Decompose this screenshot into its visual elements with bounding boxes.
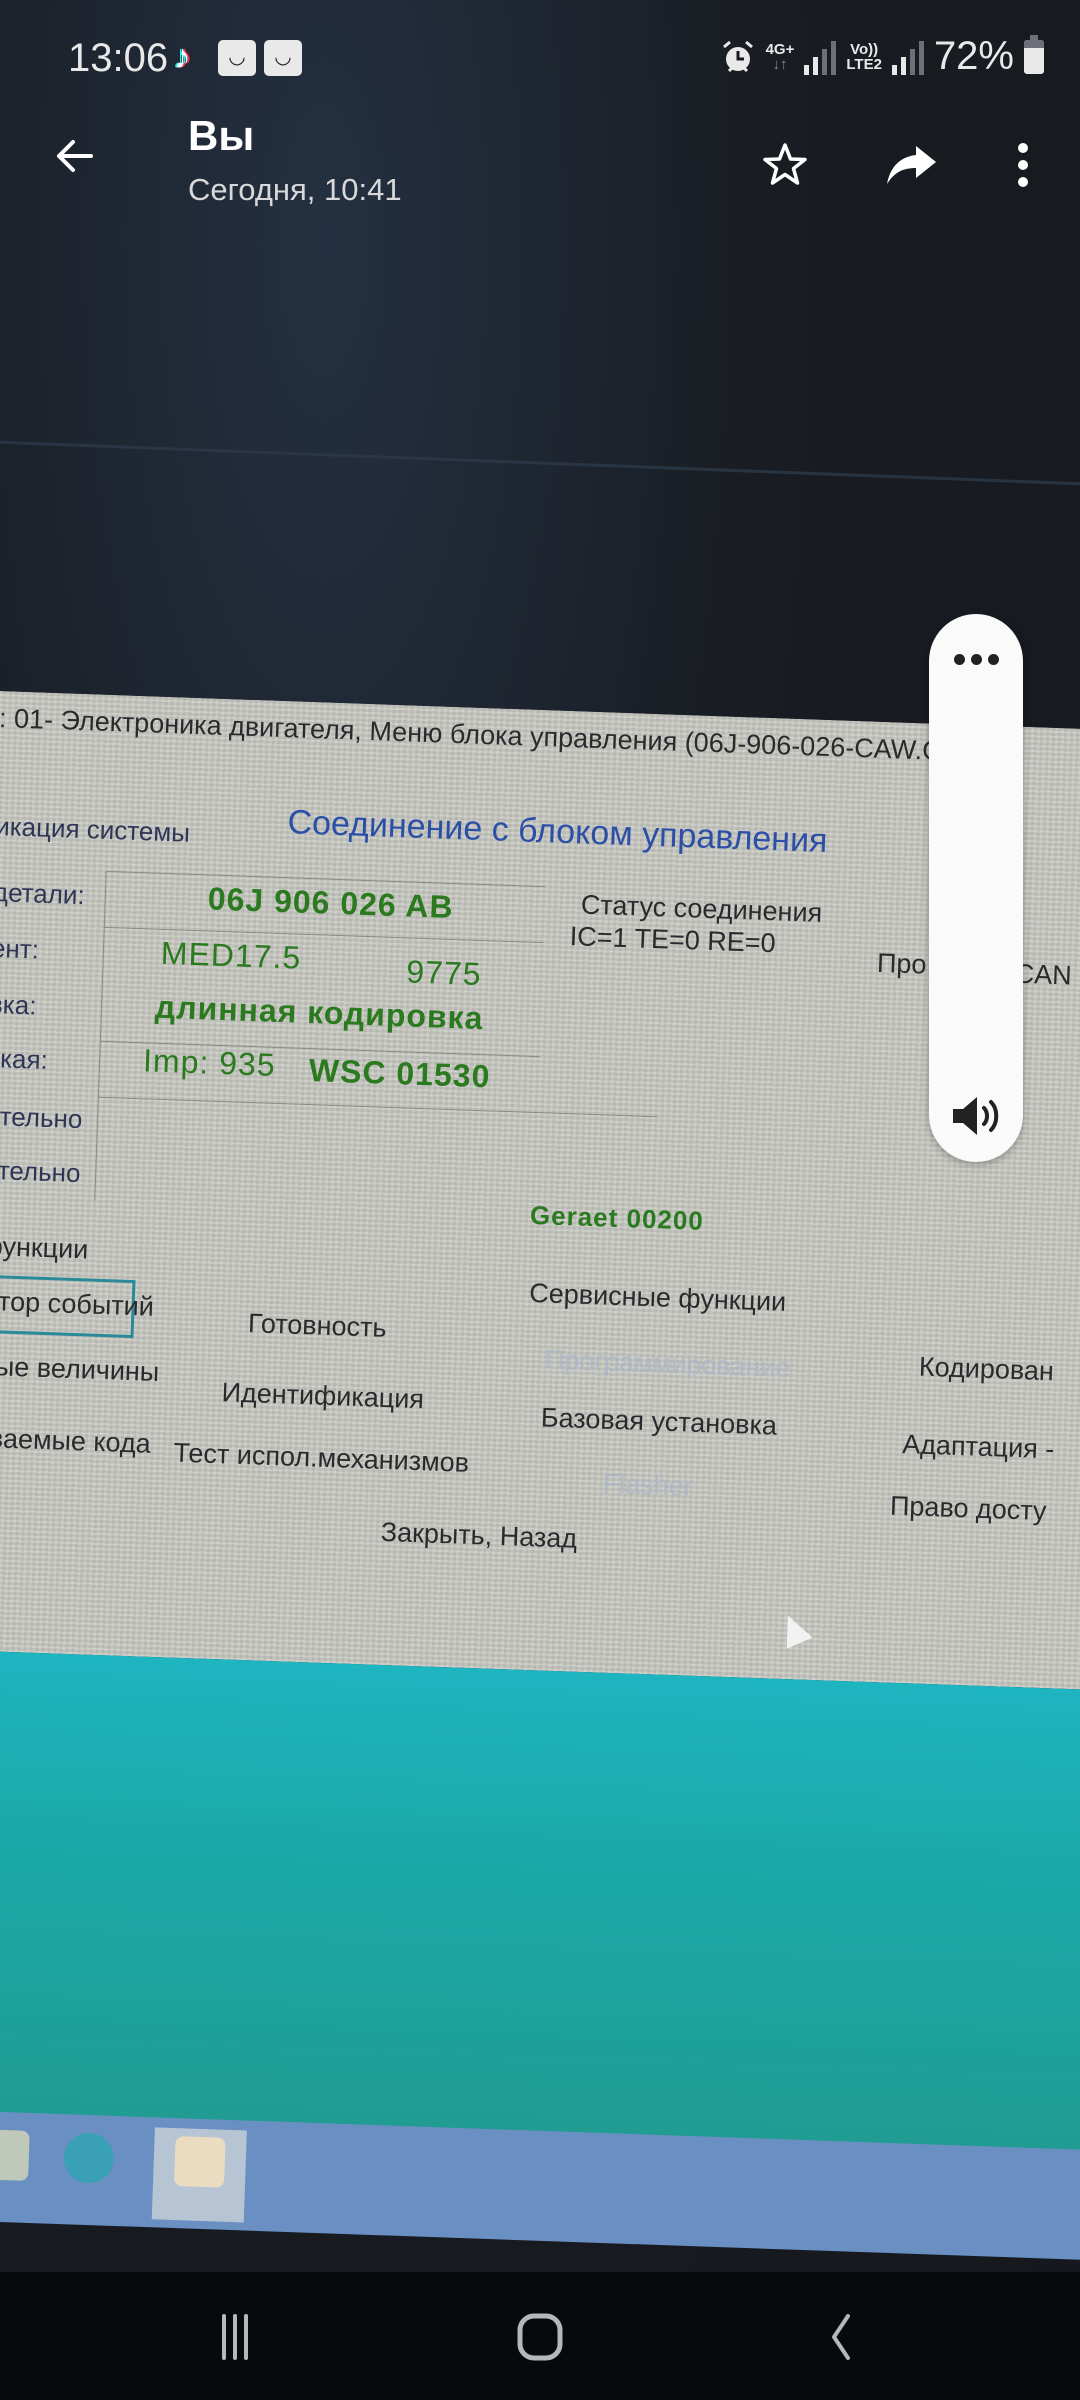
monitor-bezel-edge: [0, 440, 1080, 487]
volte-label: Vo)): [846, 42, 882, 57]
field-border: [98, 1097, 658, 1118]
message-viewer-toolbar: Вы Сегодня, 10:41: [0, 110, 1080, 235]
workshop-label: ская:: [0, 1043, 48, 1076]
share-icon: [884, 140, 938, 190]
status-bar: 13:06 ♪ ◡ ◡ 4G+ ↓↑ Vo)) LTE2 72%: [0, 0, 1080, 120]
network-type-label: 4G+: [766, 42, 795, 57]
programming-button-disabled: Программирование: [544, 1344, 791, 1384]
measured-values-button[interactable]: мые величины: [0, 1351, 160, 1388]
battery-percent: 72%: [934, 34, 1014, 79]
access-rights-button[interactable]: Право досту: [890, 1491, 1047, 1527]
volume-slider[interactable]: [929, 694, 1023, 1074]
connection-status-value: IC=1 TE=0 RE=0: [569, 921, 776, 959]
edge-browser-icon[interactable]: [63, 2132, 115, 2184]
system-identification-label: икация системы: [0, 811, 190, 849]
identification-button[interactable]: Идентификация: [221, 1377, 424, 1415]
more-vert-icon: [1013, 140, 1033, 190]
more-horiz-icon[interactable]: [929, 640, 1023, 680]
part-number-label: детали:: [0, 877, 85, 911]
component-value: MED17.5: [160, 935, 302, 977]
back-nav-button[interactable]: [796, 2302, 886, 2372]
signal-strength-2-icon: [892, 39, 924, 75]
app-notification-icon: ◡: [264, 40, 302, 76]
actuator-test-button[interactable]: Тест испол.механизмов: [173, 1438, 470, 1479]
home-icon: [494, 2302, 584, 2372]
connection-header: Соединение с блоком управления: [287, 803, 828, 861]
service-functions-label: Сервисные функции: [529, 1278, 787, 1318]
device-code: Geraet 00200: [529, 1200, 704, 1237]
component-label: ент:: [0, 933, 39, 966]
back-icon: [796, 2302, 886, 2372]
component-code: 9775: [406, 953, 482, 993]
battery-icon: [1024, 40, 1044, 74]
navigation-bar: [0, 2272, 1080, 2400]
photographed-monitor-screen: : 01- Электроника двигателя, Меню блока …: [0, 690, 1080, 2311]
readiness-button[interactable]: Готовность: [248, 1308, 388, 1344]
event-log-button[interactable]: атор событий: [0, 1274, 136, 1338]
signal-strength-1-icon: [804, 39, 836, 75]
flasher-button-disabled: Flasher: [602, 1469, 693, 1503]
volume-panel[interactable]: [929, 614, 1023, 1162]
share-button[interactable]: [876, 130, 946, 200]
diagnostic-window: : 01- Электроника двигателя, Меню блока …: [0, 690, 1080, 1691]
volume-icon[interactable]: [951, 1094, 1003, 1138]
wsc-value: WSC 01530: [308, 1052, 491, 1095]
event-log-label: атор событий: [0, 1286, 154, 1323]
diagnostic-app-icon[interactable]: [174, 2136, 226, 2188]
arrow-back-icon: [51, 132, 99, 180]
importer-value: Imp: 935: [143, 1042, 277, 1084]
window-title: : 01- Электроника двигателя, Меню блока …: [0, 703, 957, 767]
file-explorer-icon[interactable]: [0, 2129, 30, 2181]
star-icon: [760, 140, 810, 190]
message-timestamp: Сегодня, 10:41: [188, 172, 402, 208]
sender-name: Вы: [188, 112, 254, 160]
coding-value: длинная кодировка: [154, 989, 484, 1037]
field-separator: [94, 871, 107, 1201]
close-back-button[interactable]: Закрыть, Назад: [380, 1517, 577, 1555]
app-notification-icon: ◡: [218, 40, 256, 76]
clock: 13:06: [68, 36, 168, 81]
star-button[interactable]: [750, 130, 820, 200]
extra-label-2: ительно: [0, 1155, 81, 1189]
adaptation-button[interactable]: Адаптация -: [902, 1429, 1055, 1465]
recent-apps-button[interactable]: [190, 2302, 280, 2372]
coding-label: вка:: [0, 989, 37, 1022]
protocol-label: Про: [876, 948, 927, 981]
network-type-1: 4G+ ↓↑: [766, 42, 795, 72]
network-type-2-label: LTE2: [846, 57, 882, 72]
alarm-icon: [720, 39, 756, 75]
back-button[interactable]: [40, 130, 110, 200]
fault-codes-button[interactable]: иваемые кода: [0, 1423, 151, 1460]
coding-button[interactable]: Кодирован: [918, 1352, 1054, 1388]
part-number-value: 06J 906 026 AB: [207, 880, 454, 926]
volte-indicator: Vo)) LTE2: [846, 42, 882, 72]
photo-viewer[interactable]: : 01- Электроника двигателя, Меню блока …: [0, 0, 1080, 2400]
home-button[interactable]: [494, 2302, 584, 2372]
basic-settings-button[interactable]: Базовая установка: [540, 1402, 777, 1441]
more-options-button[interactable]: [988, 130, 1058, 200]
basic-functions-label: функции: [0, 1231, 89, 1266]
recent-apps-icon: [190, 2302, 280, 2372]
extra-label-1: ительно: [0, 1101, 83, 1135]
tiktok-icon: ♪: [174, 40, 210, 76]
